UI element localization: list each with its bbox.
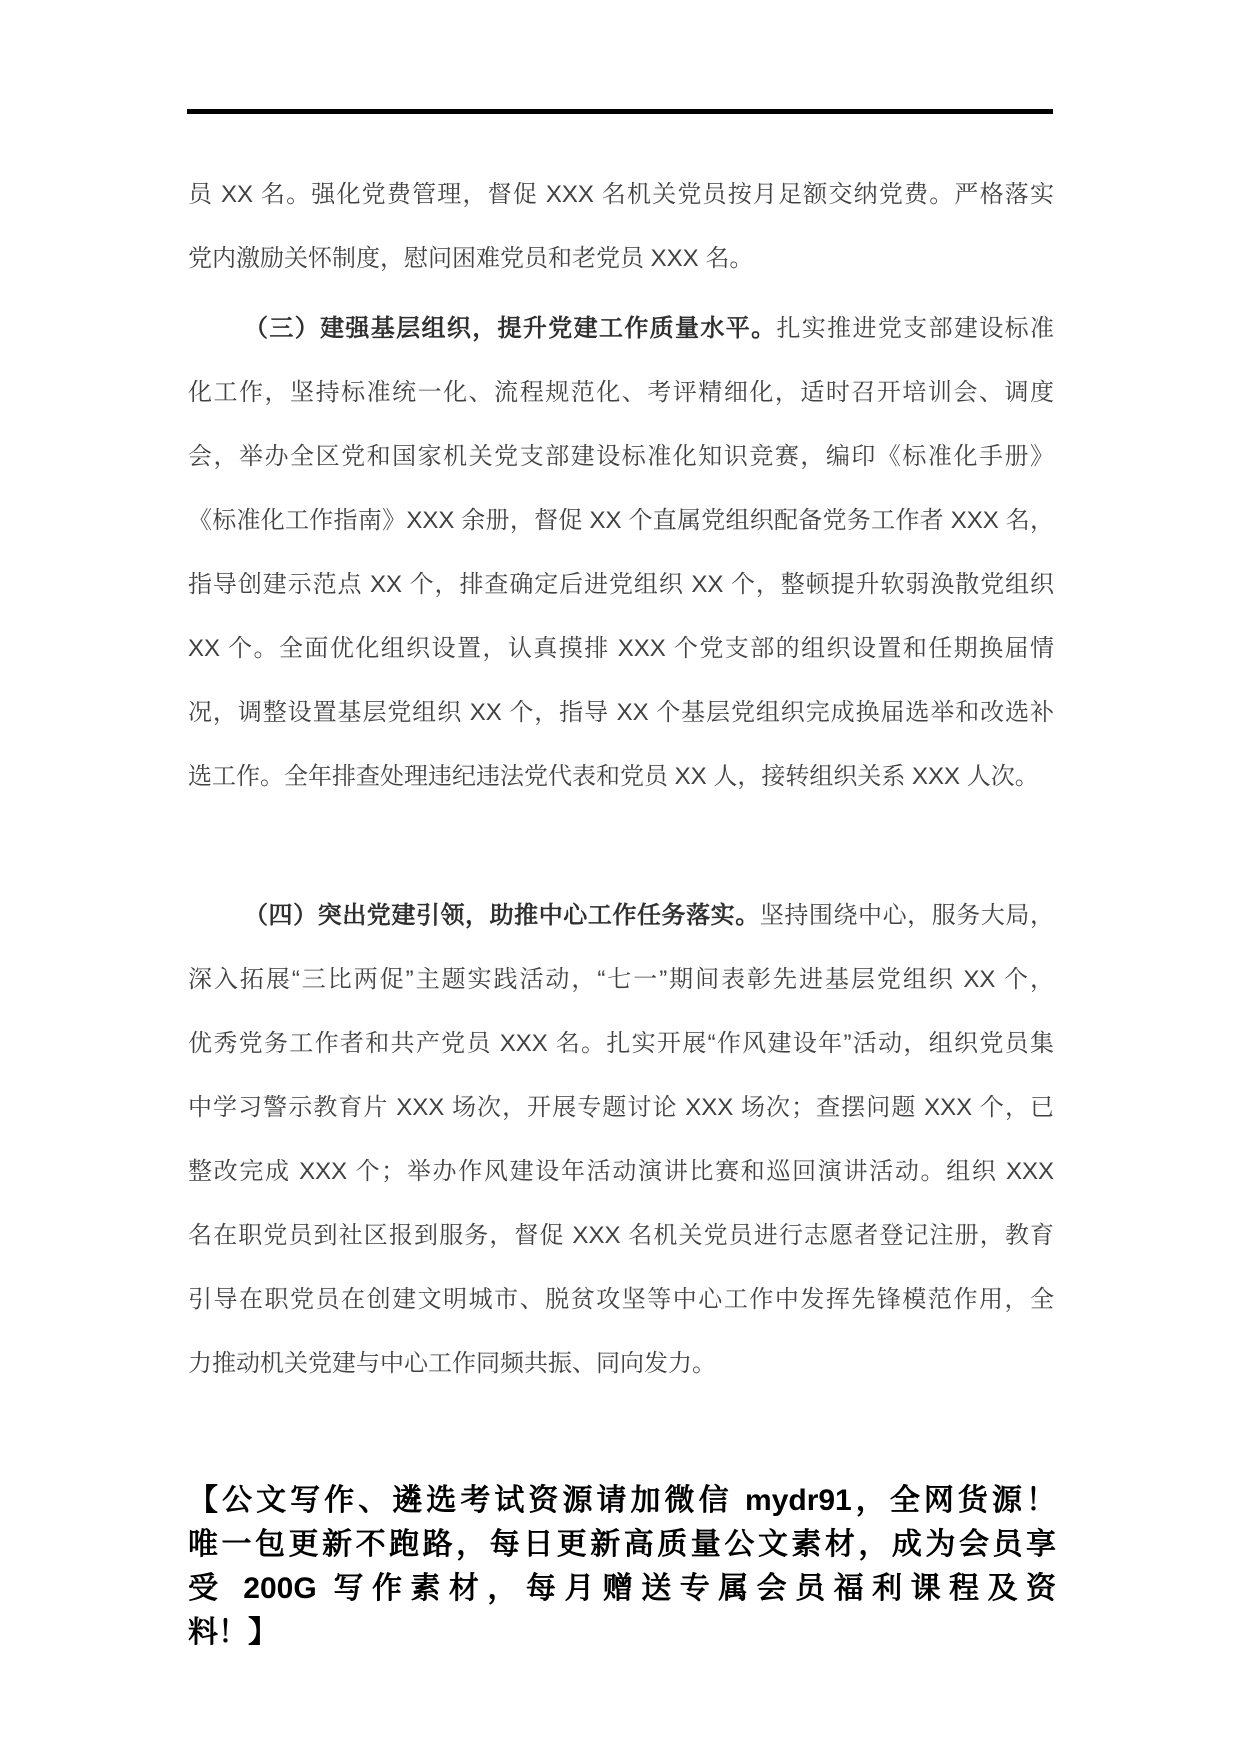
body-text: 《标准化工作指南》XXX 余册，督促 XX 个直属党组织配备党务工作者 XXX … xyxy=(188,507,1054,534)
body-text: 优秀党务工作者和共产党员 XXX 名。扎实开展“作风建设年”活动，组织党员集 xyxy=(188,1030,1054,1057)
text-line: 优秀党务工作者和共产党员 XXX 名。扎实开展“作风建设年”活动，组织党员集 xyxy=(188,1012,1054,1076)
body-text: 深入拓展“三比两促”主题实践活动，“七一”期间表彰先进基层党组织 XX 个， xyxy=(188,966,1054,993)
promo-line: 料！】 xyxy=(188,1611,1056,1655)
promo-block: 【公文写作、遴选考试资源请加微信 mydr91，全网货源！唯一包更新不跑路，每日… xyxy=(188,1479,1056,1655)
text-line: 引导在职党员在创建文明城市、脱贫攻坚等中心工作中发挥先锋模范作用，全 xyxy=(188,1268,1054,1332)
header-rule xyxy=(187,109,1053,114)
body-text: 引导在职党员在创建文明城市、脱贫攻坚等中心工作中发挥先锋模范作用，全 xyxy=(188,1286,1054,1313)
section-heading-text: （三）建强基层组织，提升党建工作质量水平。 xyxy=(244,315,776,342)
promo-line: 【公文写作、遴选考试资源请加微信 mydr91，全网货源！ xyxy=(188,1479,1056,1523)
text-line: 党内激励关怀制度，慰问困难党员和老党员 XXX 名。 xyxy=(188,227,1054,291)
document-page: 员 XX 名。强化党费管理，督促 XXX 名机关党员按月足额交纳党费。严格落实党… xyxy=(0,0,1240,1754)
text-line: 化工作，坚持标准统一化、流程规范化、考评精细化，适时召开培训会、调度 xyxy=(188,361,1054,425)
body-text: 员 XX 名。强化党费管理，督促 XXX 名机关党员按月足额交纳党费。严格落实 xyxy=(188,181,1054,208)
promo-line: 受 200G 写作素材，每月赠送专属会员福利课程及资 xyxy=(188,1567,1056,1611)
paragraph-continuation: 员 XX 名。强化党费管理，督促 XXX 名机关党员按月足额交纳党费。严格落实党… xyxy=(188,163,1054,291)
text-line: 力推动机关党建与中心工作同频共振、同向发力。 xyxy=(188,1332,1054,1396)
text-line: 会，举办全区党和国家机关党支部建设标准化知识竞赛，编印《标准化手册》 xyxy=(188,425,1054,489)
body-text: 名在职党员到社区报到服务，督促 XXX 名机关党员进行志愿者登记注册，教育 xyxy=(188,1222,1054,1249)
paragraph-section-three: （三）建强基层组织，提升党建工作质量水平。扎实推进党支部建设标准化工作，坚持标准… xyxy=(188,297,1054,809)
section-heading-text: （四）突出党建引领，助推中心工作任务落实。 xyxy=(244,902,760,929)
body-text: 力推动机关党建与中心工作同频共振、同向发力。 xyxy=(188,1350,716,1377)
document-body: 员 XX 名。强化党费管理，督促 XXX 名机关党员按月足额交纳党费。严格落实党… xyxy=(188,163,1054,1396)
text-line: 况，调整设置基层党组织 XX 个，指导 XX 个基层党组织完成换届选举和改选补 xyxy=(188,681,1054,745)
text-line: 《标准化工作指南》XXX 余册，督促 XX 个直属党组织配备党务工作者 XXX … xyxy=(188,489,1054,553)
body-text: 坚持围绕中心，服务大局， xyxy=(760,902,1054,929)
text-line: 员 XX 名。强化党费管理，督促 XXX 名机关党员按月足额交纳党费。严格落实 xyxy=(188,163,1054,227)
text-line: 中学习警示教育片 XXX 场次，开展专题讨论 XXX 场次；查摆问题 XXX 个… xyxy=(188,1076,1054,1140)
body-text: XX 个。全面优化组织设置，认真摸排 XXX 个党支部的组织设置和任期换届情 xyxy=(188,635,1054,662)
body-text: 化工作，坚持标准统一化、流程规范化、考评精细化，适时召开培训会、调度 xyxy=(188,379,1054,406)
paragraph-section-four: （四）突出党建引领，助推中心工作任务落实。坚持围绕中心，服务大局，深入拓展“三比… xyxy=(188,884,1054,1396)
body-text: 党内激励关怀制度，慰问困难党员和老党员 XXX 名。 xyxy=(188,245,753,272)
text-line: 选工作。全年排查处理违纪违法党代表和党员 XX 人，接转组织关系 XXX 人次。 xyxy=(188,745,1054,809)
text-line: 深入拓展“三比两促”主题实践活动，“七一”期间表彰先进基层党组织 XX 个， xyxy=(188,948,1054,1012)
body-text: 整改完成 XXX 个；举办作风建设年活动演讲比赛和巡回演讲活动。组织 XXX xyxy=(188,1158,1054,1185)
text-line: （四）突出党建引领，助推中心工作任务落实。坚持围绕中心，服务大局， xyxy=(188,884,1054,948)
body-text: 况，调整设置基层党组织 XX 个，指导 XX 个基层党组织完成换届选举和改选补 xyxy=(188,699,1054,726)
text-line: （三）建强基层组织，提升党建工作质量水平。扎实推进党支部建设标准 xyxy=(188,297,1054,361)
body-text: 中学习警示教育片 XXX 场次，开展专题讨论 XXX 场次；查摆问题 XXX 个… xyxy=(188,1094,1054,1121)
body-text: 指导创建示范点 XX 个，排查确定后进党组织 XX 个，整顿提升软弱涣散党组织 xyxy=(188,571,1054,598)
body-text: 会，举办全区党和国家机关党支部建设标准化知识竞赛，编印《标准化手册》 xyxy=(188,443,1054,470)
body-text: 扎实推进党支部建设标准 xyxy=(776,315,1054,342)
text-line: 整改完成 XXX 个；举办作风建设年活动演讲比赛和巡回演讲活动。组织 XXX xyxy=(188,1140,1054,1204)
body-text: 选工作。全年排查处理违纪违法党代表和党员 XX 人，接转组织关系 XXX 人次。 xyxy=(188,763,1039,790)
text-line: 名在职党员到社区报到服务，督促 XXX 名机关党员进行志愿者登记注册，教育 xyxy=(188,1204,1054,1268)
promo-line: 唯一包更新不跑路，每日更新高质量公文素材，成为会员享 xyxy=(188,1523,1056,1567)
text-line: XX 个。全面优化组织设置，认真摸排 XXX 个党支部的组织设置和任期换届情 xyxy=(188,617,1054,681)
text-line: 指导创建示范点 XX 个，排查确定后进党组织 XX 个，整顿提升软弱涣散党组织 xyxy=(188,553,1054,617)
